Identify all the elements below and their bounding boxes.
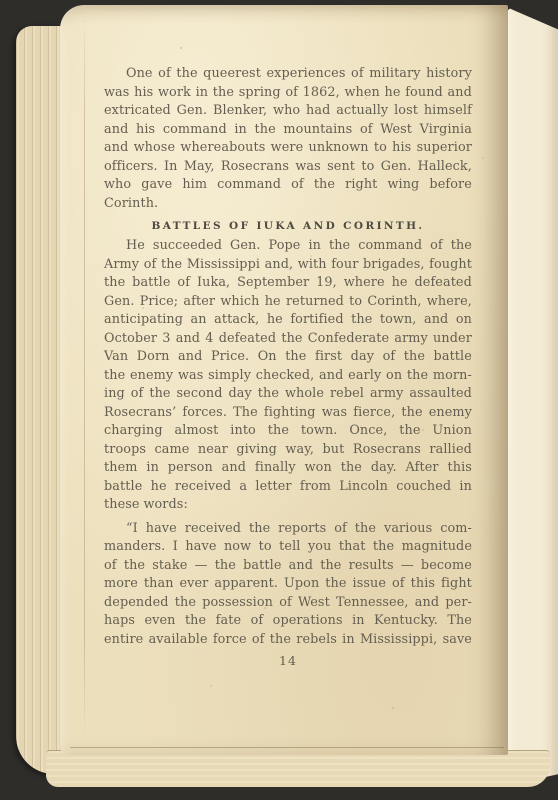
paragraph-blenker: Oneofthequeerestexperiencesofmilitaryhis… [104, 65, 472, 213]
text-line: October3and4defeatedtheConfederatearmyun… [104, 330, 472, 349]
text-line: battlehereceivedaletterfromLincolncouche… [104, 478, 472, 497]
book-scan-background: Oneofthequeerestexperiencesofmilitaryhis… [0, 0, 558, 800]
text-line: dependedthepossessionofWestTennessee,and… [104, 594, 472, 613]
text-line: thebattleofIuka,September19,wherehedefea… [104, 274, 472, 293]
text-line: VanDornandPrice.Onthefirstdayofthebattle [104, 348, 472, 367]
section-heading: BATTLES OF IUKA AND CORINTH. [104, 217, 472, 235]
text-line: washisworkinthespringof1862,whenhefounda… [104, 84, 472, 103]
text-line: manders.Ihavenowtotellyouthatthemagnitud… [104, 538, 472, 557]
text-line: Oneofthequeerestexperiencesofmilitaryhis… [104, 65, 472, 84]
text-line: “Ihavereceivedthereportsofthevariouscom- [104, 520, 472, 539]
text-line: andwhosewhereaboutswereunknowntohissuper… [104, 139, 472, 158]
text-line: ArmyoftheMississippiand,withfourbrigades… [104, 256, 472, 275]
text-line: andhiscommandinthemountainsofWestVirgini… [104, 121, 472, 140]
page-number: 14 [104, 653, 472, 668]
text-line: morethaneverapparent.Upontheissueofthisf… [104, 575, 472, 594]
text-line: Corinth. [104, 195, 472, 214]
text-line: ingoftheseconddaythewholerebelarmyassaul… [104, 385, 472, 404]
paper-speckles [60, 5, 62, 7]
text-line: officers.InMay,RosecranswassenttoGen.Hal… [104, 158, 472, 177]
text-line: entireavailableforceoftherebelsinMississ… [104, 631, 472, 650]
page-edge-stack-bottom [46, 750, 550, 787]
text-line: anticipatinganattack,hefortifiedthetown,… [104, 311, 472, 330]
text-line: whogavehimcommandoftherightwingbefore [104, 176, 472, 195]
text-line: ofthestake—thebattleandtheresults—become [104, 557, 472, 576]
text-line: HesucceededGen.Popeinthecommandofthe [104, 237, 472, 256]
text-line: thesewords: [104, 496, 472, 515]
facing-page-edge [504, 6, 558, 786]
text-column: Oneofthequeerestexperiencesofmilitaryhis… [104, 65, 472, 668]
text-line: hapseventhefateofoperationsinKentucky.Th… [104, 612, 472, 631]
text-line: troopscameneargivingway,butRosecransrall… [104, 441, 472, 460]
paragraph-iuka-corinth: HesucceededGen.PopeinthecommandoftheArmy… [104, 237, 472, 515]
book-page: Oneofthequeerestexperiencesofmilitaryhis… [60, 5, 508, 755]
text-line: Gen.Price;afterwhichhereturnedtoCorinth,… [104, 293, 472, 312]
text-line: Rosecrans’forces.Thefightingwasfierce,th… [104, 404, 472, 423]
text-line: theenemywassimplychecked,andearlyonthemo… [104, 367, 472, 386]
text-line: theminpersonandfinallywontheday.Afterthi… [104, 459, 472, 478]
paragraph-lincoln-letter: “Ihavereceivedthereportsofthevariouscom-… [104, 520, 472, 650]
text-line: extricatedGen.Blenker,whohadactuallylost… [104, 102, 472, 121]
text-line: chargingalmostintothetown.Once,theUnion [104, 422, 472, 441]
